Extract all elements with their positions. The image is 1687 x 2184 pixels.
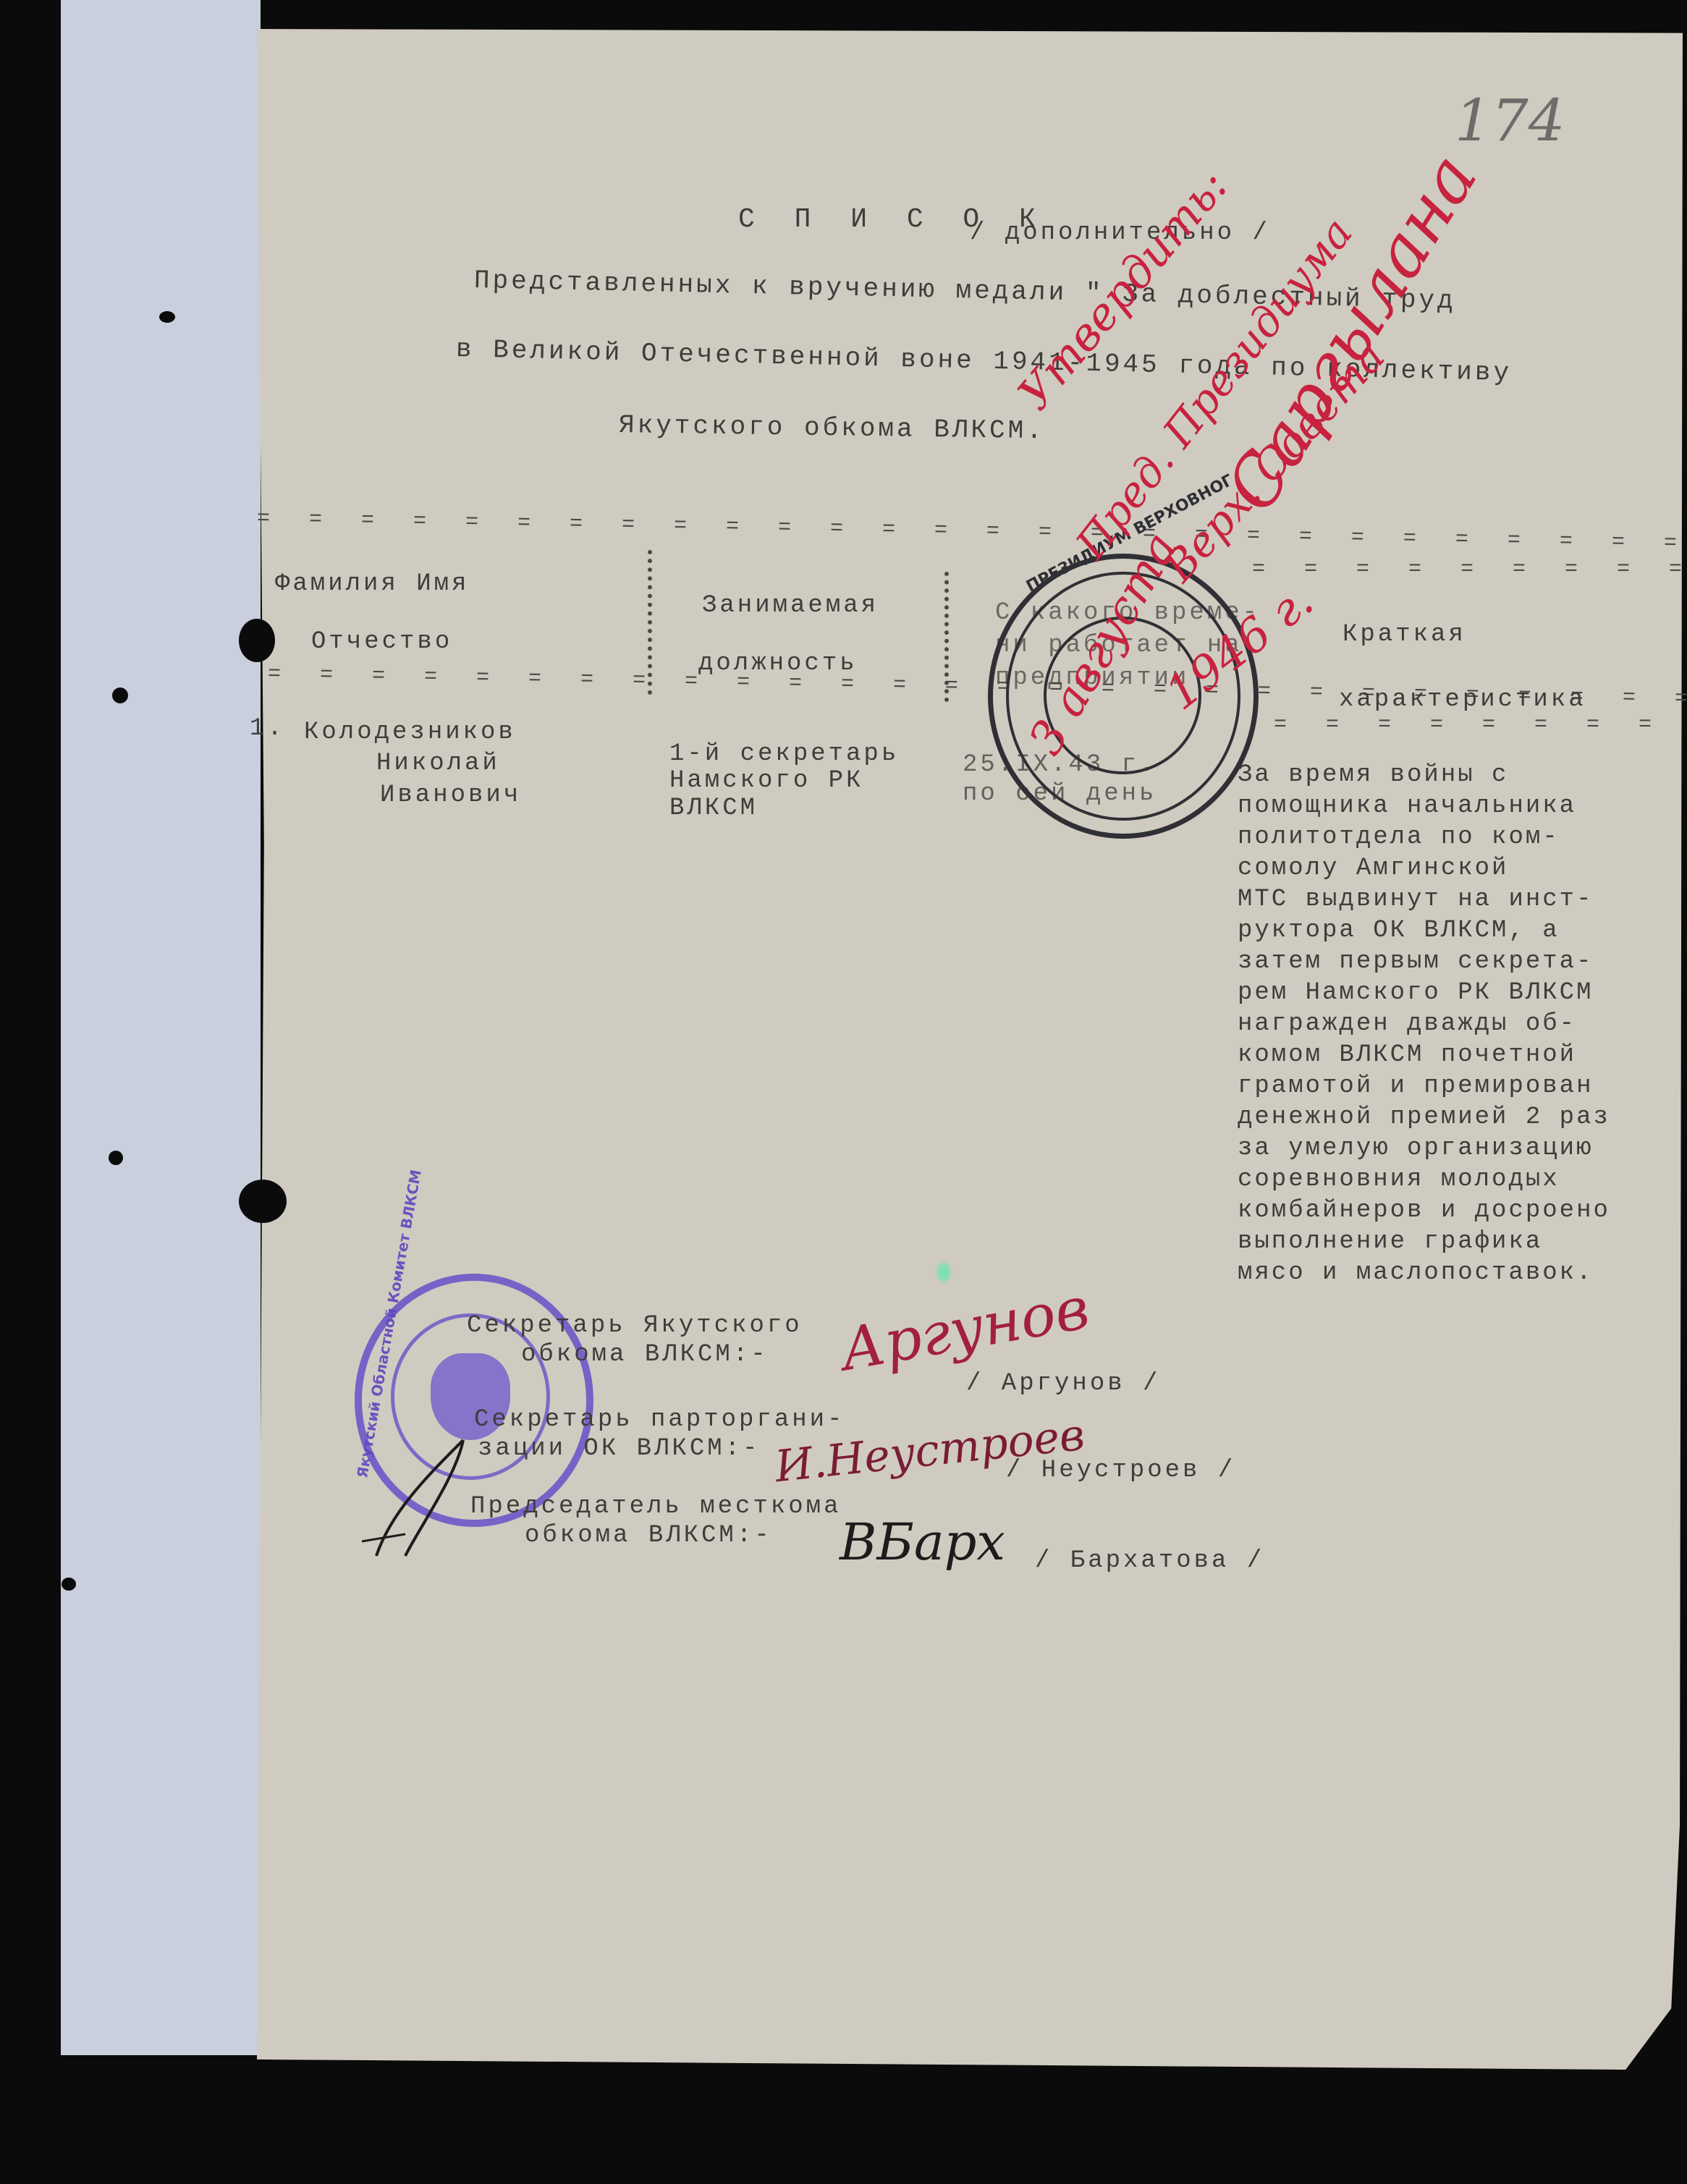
- table-rule-characteristic-top: = = = = = = = = =: [1252, 557, 1687, 582]
- col-header-name-2: Отчество: [311, 630, 452, 654]
- row-position-1: 1-й секретарь: [669, 742, 899, 766]
- column-divider: [944, 572, 953, 702]
- signatory-title-1a: Секретарь Якутского: [467, 1313, 803, 1338]
- row-characteristic: За время войны с помощника начальника по…: [1238, 760, 1610, 1289]
- col-header-position-1: Занимаемая: [702, 593, 879, 618]
- signatory-name-1: / Аргунов /: [966, 1371, 1160, 1396]
- row-name: Николай: [376, 751, 500, 776]
- page-number: 174: [1455, 87, 1565, 154]
- row-number: 1.: [250, 716, 285, 741]
- pen-stroke: [362, 1433, 492, 1563]
- col-header-name-1: Фамилия Имя: [275, 572, 469, 596]
- characteristic-line: рем Намского РК ВЛКСМ: [1238, 978, 1610, 1009]
- table-rule-characteristic-bottom: = = = = = = = = = =: [1274, 713, 1687, 737]
- punch-hole: [109, 1151, 123, 1165]
- characteristic-line: за умелую организацию: [1238, 1133, 1610, 1164]
- characteristic-line: награжден дважды об-: [1238, 1009, 1610, 1040]
- signatory-title-3b: обкома ВЛКСМ:-: [525, 1523, 772, 1548]
- characteristic-line: денежной премией 2 раз: [1238, 1102, 1610, 1133]
- signatory-name-2: / Неустроев /: [1006, 1458, 1235, 1483]
- title-suffix: / дополнительно /: [970, 221, 1270, 245]
- punch-hole: [62, 1578, 76, 1591]
- col-header-characteristic-2: характеристика: [1339, 687, 1586, 712]
- characteristic-line: МТС выдвинут на инст-: [1238, 884, 1610, 915]
- characteristic-line: политотдела по ком-: [1238, 822, 1610, 853]
- signatory-title-3a: Председатель месткома: [470, 1494, 841, 1519]
- punch-hole: [239, 619, 275, 662]
- characteristic-line: затем первым секрета-: [1238, 947, 1610, 978]
- backing-sheet: [61, 0, 261, 2055]
- signatory-title-2a: Секретарь парторгани-: [474, 1408, 845, 1432]
- row-position-3: ВЛКСМ: [669, 796, 758, 821]
- header-line-3: Якутского обкома ВЛКСМ.: [619, 412, 1045, 444]
- col-header-position-2: должность: [698, 651, 858, 676]
- signatory-name-3: / Бархатова /: [1035, 1549, 1264, 1573]
- signatory-title-2b: зации ОК ВЛКСМ:-: [478, 1436, 760, 1461]
- characteristic-line: грамотой и премирован: [1238, 1071, 1610, 1102]
- characteristic-line: мясо и маслопоставок.: [1238, 1258, 1610, 1289]
- characteristic-line: руктора ОК ВЛКСМ, а: [1238, 915, 1610, 947]
- column-divider: [648, 550, 656, 695]
- characteristic-line: комом ВЛКСМ почетной: [1238, 1040, 1610, 1071]
- row-surname: Колодезников: [304, 720, 516, 745]
- punch-hole: [159, 311, 175, 323]
- characteristic-line: выполнение графика: [1238, 1227, 1610, 1258]
- signature-barkhatova: ВБарх: [840, 1512, 1005, 1572]
- characteristic-line: соревновния молодых: [1238, 1164, 1610, 1195]
- characteristic-line: сомолу Амгинской: [1238, 853, 1610, 884]
- characteristic-line: За время войны с: [1238, 760, 1610, 791]
- row-patronymic: Иванович: [380, 783, 521, 808]
- punch-hole: [112, 687, 128, 703]
- characteristic-line: комбайнеров и досроено: [1238, 1195, 1610, 1227]
- row-position-2: Намского РК: [669, 769, 863, 793]
- col-header-characteristic-1: Краткая: [1343, 622, 1466, 647]
- punch-hole: [239, 1180, 287, 1223]
- light-reflection: [937, 1263, 950, 1282]
- signatory-title-1b: обкома ВЛКСМ:-: [521, 1342, 769, 1367]
- characteristic-line: помощника начальника: [1238, 791, 1610, 822]
